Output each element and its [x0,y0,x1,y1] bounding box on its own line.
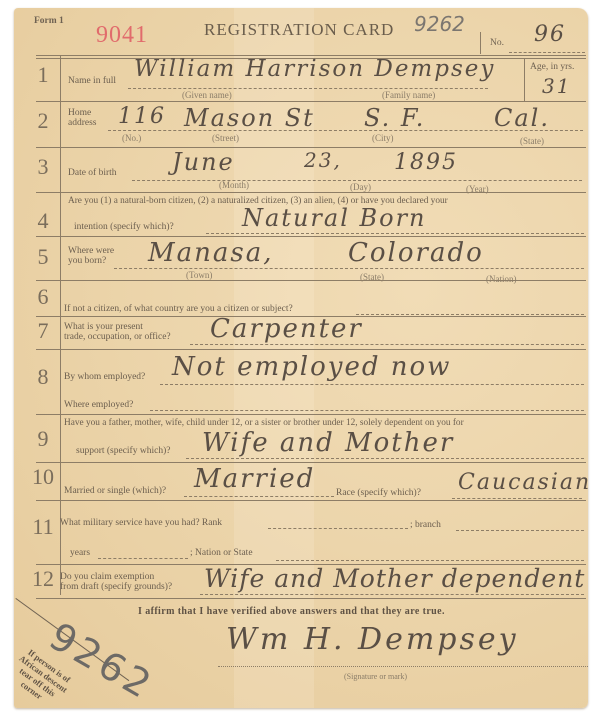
dependents-value: Wife and Mother [202,428,454,458]
row7-label: What is your presenttrade, occupation, o… [64,322,171,342]
no-value: 96 [534,22,566,47]
row9-label-line2: support (specify which)? [76,446,170,456]
affirmation-text: I affirm that I have verified above answ… [138,606,445,617]
card-title: REGISTRATION CARD [204,20,394,40]
row1-label: Name in full [68,76,116,86]
race-value: Caucasian [458,470,591,495]
age-label: Age, in yrs. [530,62,574,72]
row10-label: Married or single (which)? [64,486,166,496]
signature-caption: (Signature or mark) [344,672,407,681]
citizenship-value: Natural Born [242,204,427,232]
row-number-6: 6 [26,284,60,310]
form-label: Form 1 [34,16,64,26]
row-number-9: 9 [26,426,60,452]
caption-city: (City) [372,133,394,143]
row8-where-label: Where employed? [64,400,133,410]
employer-value: Not employed now [172,352,451,382]
full-name-value: William Harrison Dempsey [134,56,495,82]
race-label: Race (specify which)? [336,488,421,498]
caption-family-name: (Family name) [382,90,435,100]
caption-month: (Month) [219,180,249,190]
birth-month-value: June [172,148,235,176]
address-street-value: Mason St [184,104,315,132]
age-value: 31 [542,74,571,98]
row-number-5: 5 [26,244,60,270]
caption-day: (Day) [350,182,371,192]
birth-year-value: 1895 [394,150,458,175]
row-number-7: 7 [26,318,60,344]
row-number-2: 2 [26,108,60,134]
address-number-value: 116 [118,104,166,129]
address-city-value: S. F. [364,104,425,132]
branch-label: ; branch [410,520,441,530]
years-label: years [70,548,90,558]
row11-label: What military service have you had? Rank [60,518,222,528]
marital-status-value: Married [194,464,315,494]
row-number-3: 3 [26,154,60,180]
occupation-value: Carpenter [210,314,363,344]
row-number-10: 10 [26,464,60,490]
row-number-11: 11 [26,514,60,540]
nation-or-state-label: ; Nation or State [190,548,253,558]
row-number-4: 4 [26,208,60,234]
row9-label-line1: Have you a father, mother, wife, child u… [64,418,464,428]
birthplace-state-value: Colorado [348,238,484,268]
row2-label: Homeaddress [68,108,97,128]
row3-label: Date of birth [68,168,117,178]
caption-nation: (Nation) [486,274,517,284]
birthplace-town-value: Manasa, [148,238,273,268]
row4-label-line2: intention (specify which)? [74,222,174,232]
red-stamp-number: 9041 [96,22,148,49]
caption-street: (Street) [212,133,239,143]
caption-given-name: (Given name) [182,90,232,100]
row6-label: If not a citizen, of what country are yo… [64,304,293,314]
row5-label: Where wereyou born? [68,246,114,266]
address-state-value: Cal. [494,104,550,132]
caption-no: (No.) [122,133,141,143]
signature: Wm H. Dempsey [226,622,519,657]
row12-label: Do you claim exemptionfrom draft (specif… [60,572,172,592]
row8-label: By whom employed? [64,372,145,382]
exemption-claim-value: Wife and Mother dependent [204,564,585,593]
caption-town: (Town) [186,270,212,280]
no-label: No. [490,38,504,48]
row-number-8: 8 [26,364,60,390]
pencil-number-top: 9262 [414,12,465,36]
row-number-1: 1 [26,62,60,88]
caption-state: (State) [520,136,544,146]
row-number-12: 12 [26,566,60,592]
birth-day-value: 23, [304,148,342,172]
registration-card: Form 1 9041 REGISTRATION CARD 9262 No. 9… [14,8,588,708]
